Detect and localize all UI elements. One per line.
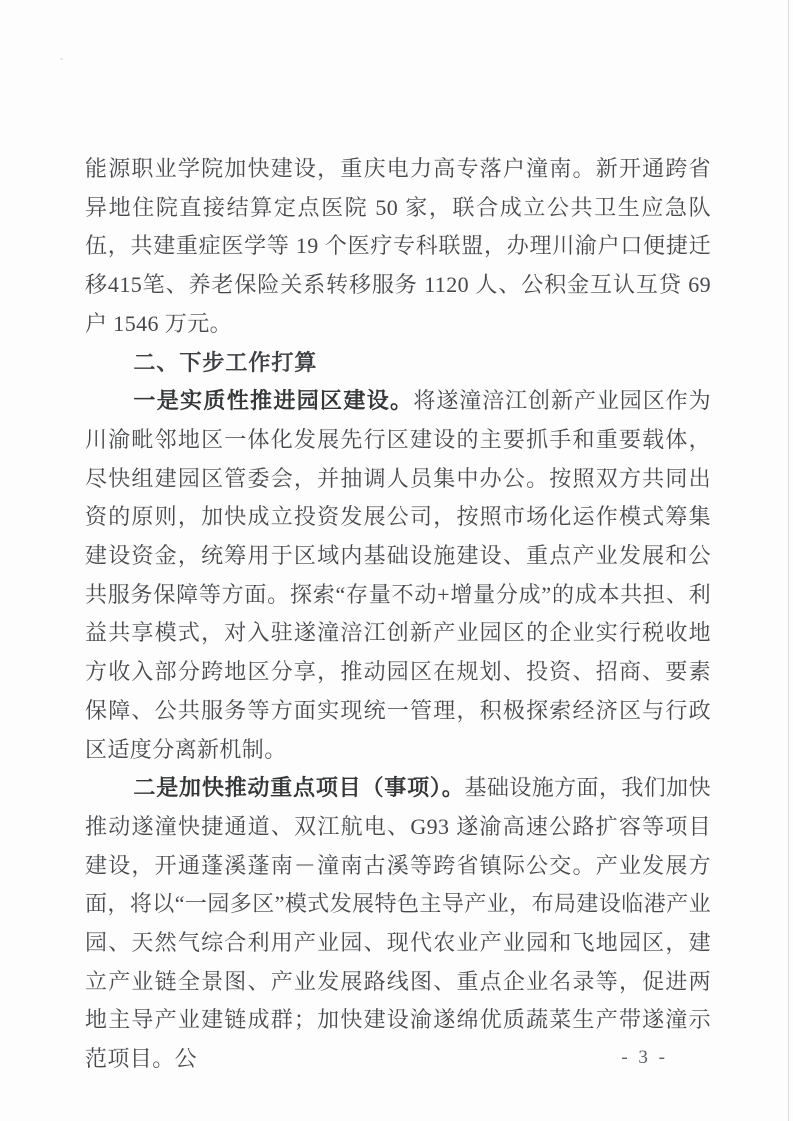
page-number: - 3 - xyxy=(621,1047,668,1069)
document-page: 能源职业学院加快建设，重庆电力高专落户潼南。新开通跨省异地住院直接结算定点医院 … xyxy=(0,0,793,1121)
paragraph-two: 二是加快推动重点项目（事项）。基础设施方面，我们加快推动遂潼快捷通道、双江航电、… xyxy=(85,769,711,1079)
paragraph-continuation: 能源职业学院加快建设，重庆电力高专落户潼南。新开通跨省异地住院直接结算定点医院 … xyxy=(85,150,711,344)
scan-artifact xyxy=(60,58,63,60)
paragraph-one: 一是实质性推进园区建设。将遂潼涪江创新产业园区作为川渝毗邻地区一体化发展先行区建… xyxy=(85,382,711,769)
paragraph-two-lead: 二是加快推动重点项目（事项）。 xyxy=(133,775,464,800)
paragraph-two-body: 基础设施方面，我们加快推动遂潼快捷通道、双江航电、G93 遂渝高速公路扩容等项目… xyxy=(85,775,711,1071)
paragraph-one-body: 将遂潼涪江创新产业园区作为川渝毗邻地区一体化发展先行区建设的主要抓手和重要载体，… xyxy=(85,388,711,761)
scan-edge-line xyxy=(788,0,789,1121)
section-heading: 二、下步工作打算 xyxy=(85,344,711,383)
document-body: 能源职业学院加快建设，重庆电力高专落户潼南。新开通跨省异地住院直接结算定点医院 … xyxy=(85,150,711,1079)
paragraph-one-lead: 一是实质性推进园区建设。 xyxy=(133,388,413,413)
